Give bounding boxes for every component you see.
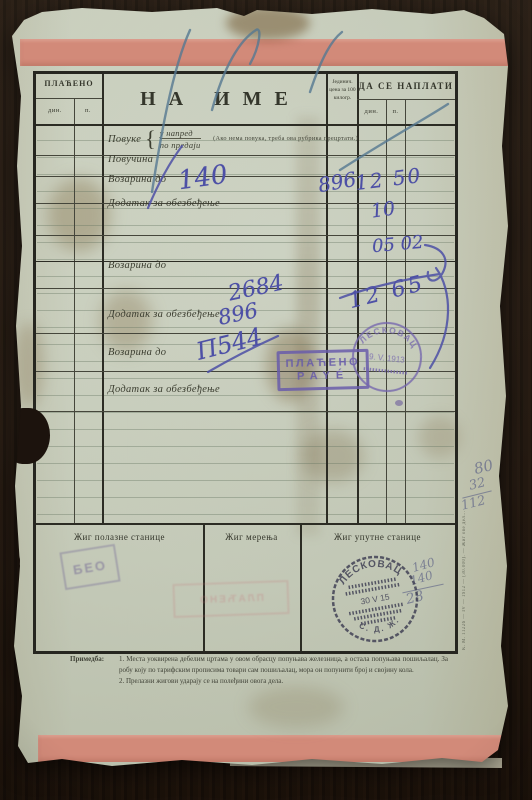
- leskovac-postmark: ЛЕСКОВАЦ 9. V. 1913: [345, 315, 429, 399]
- grid-line: [36, 523, 455, 525]
- vozarina-label-2: Возарина до: [108, 260, 166, 271]
- dest-postmark-city-text: ЛЕСКОВАЦ: [335, 554, 406, 588]
- grid-line: [36, 98, 102, 99]
- form-title: НА ИМЕ: [102, 88, 326, 111]
- to-collect-header: ДА СЕ НАПЛАТИ: [357, 81, 455, 91]
- grid-line: [74, 98, 75, 523]
- grid-line: [300, 523, 302, 651]
- povuke-label: Повуке: [108, 134, 141, 145]
- unit-price-header: Јединич. цена за 100 килогр.: [328, 79, 357, 103]
- row-povuke: Повуке { у напред по предаји (Ако нема п…: [108, 128, 361, 150]
- povuke-note: (Ако нема повука, треба ова рубрика прец…: [211, 135, 361, 143]
- note-item-1: 1. Места уоквирена дебелим цртама у овом…: [119, 654, 448, 676]
- grid-line: [405, 99, 406, 523]
- salmon-band-top: [20, 39, 509, 66]
- grid-line: [36, 261, 455, 262]
- stain: [226, 6, 310, 40]
- destination-postmark: ЛЕСКОВАЦ 30 V 15 С. Д. Ж.: [319, 543, 430, 654]
- grid-line: [357, 99, 455, 100]
- origin-stamp-text: БЕО: [72, 557, 108, 577]
- departure-stamp-label: Жиг полазне станице: [36, 532, 203, 542]
- photo-of-waybill: ПЛАЋЕНО дин. п. НА ИМЕ Јединич. цена за …: [0, 0, 532, 800]
- grid-line: [36, 411, 455, 412]
- paid-stamp-line2: PAYÉ: [297, 369, 349, 383]
- salmon-band-bottom: [38, 735, 509, 762]
- povuke-option-1: у напред: [160, 128, 201, 139]
- collect-p-col: п.: [386, 108, 405, 115]
- destination-stamp-label: Жиг упутне станице: [300, 532, 455, 542]
- dodatak-label-2: Додатак за обезбеђење: [108, 309, 220, 320]
- postmark-date-text: 9. V. 1913: [369, 352, 406, 365]
- hw-amount-2: 10: [370, 197, 397, 222]
- paid-header: ПЛАЋЕНО: [36, 79, 102, 88]
- stain: [248, 686, 344, 728]
- vozarina-label-1: Возарина до: [108, 174, 166, 185]
- hw-amount-3: 05 02: [371, 232, 424, 257]
- ink-transfer-stamp: ПЛАЋЕНО: [172, 580, 289, 618]
- svg-text:ЛЕСКОВАЦ: ЛЕСКОВАЦ: [335, 554, 406, 588]
- grid-line: [386, 99, 387, 523]
- printers-imprint: К. М. 11226 — IV — 1912 — (30.000). — Жи…: [462, 430, 467, 650]
- postmark-hatch: [364, 369, 408, 374]
- povuke-options: у напред по предаји: [160, 128, 201, 150]
- edge-nick: [8, 552, 20, 570]
- svg-text:ЛЕСКОВАЦ: ЛЕСКОВАЦ: [357, 322, 422, 352]
- povuke-option-2: по предаји: [160, 140, 201, 150]
- vozarina-label-3: Возарина до: [108, 347, 166, 358]
- dodatak-label-3: Додатак за обезбеђење: [108, 384, 220, 395]
- paid-din-col: дин.: [36, 107, 74, 114]
- povucina-label: Повучина: [108, 154, 153, 165]
- notes-label: Примедба:: [70, 654, 114, 687]
- dodatak-label-1: Додатак за обезбеђење: [108, 198, 220, 209]
- note-item-2: 2. Прелазни жигови ударају се на полеђин…: [119, 676, 448, 687]
- grid-line: [102, 74, 104, 523]
- grid-line: [36, 155, 455, 156]
- grid-line: [36, 124, 455, 126]
- postmark-city-text: ЛЕСКОВАЦ: [357, 322, 422, 352]
- paid-p-col: п.: [74, 107, 102, 114]
- waybill-paper: ПЛАЋЕНО дин. п. НА ИМЕ Јединич. цена за …: [12, 6, 512, 772]
- ink-transfer-text: ПЛАЋЕНО: [198, 592, 264, 605]
- weighing-stamp-label: Жиг мерења: [203, 532, 300, 542]
- collect-din-col: дин.: [357, 108, 386, 115]
- paper-wrap: ПЛАЋЕНО дин. п. НА ИМЕ Јединич. цена за …: [12, 6, 512, 772]
- dest-postmark-date-text: 30 V 15: [360, 591, 391, 606]
- notes-items: 1. Места уоквирена дебелим цртама у овом…: [119, 654, 448, 687]
- notes-block: Примедба: 1. Места уоквирена дебелим црт…: [70, 654, 448, 687]
